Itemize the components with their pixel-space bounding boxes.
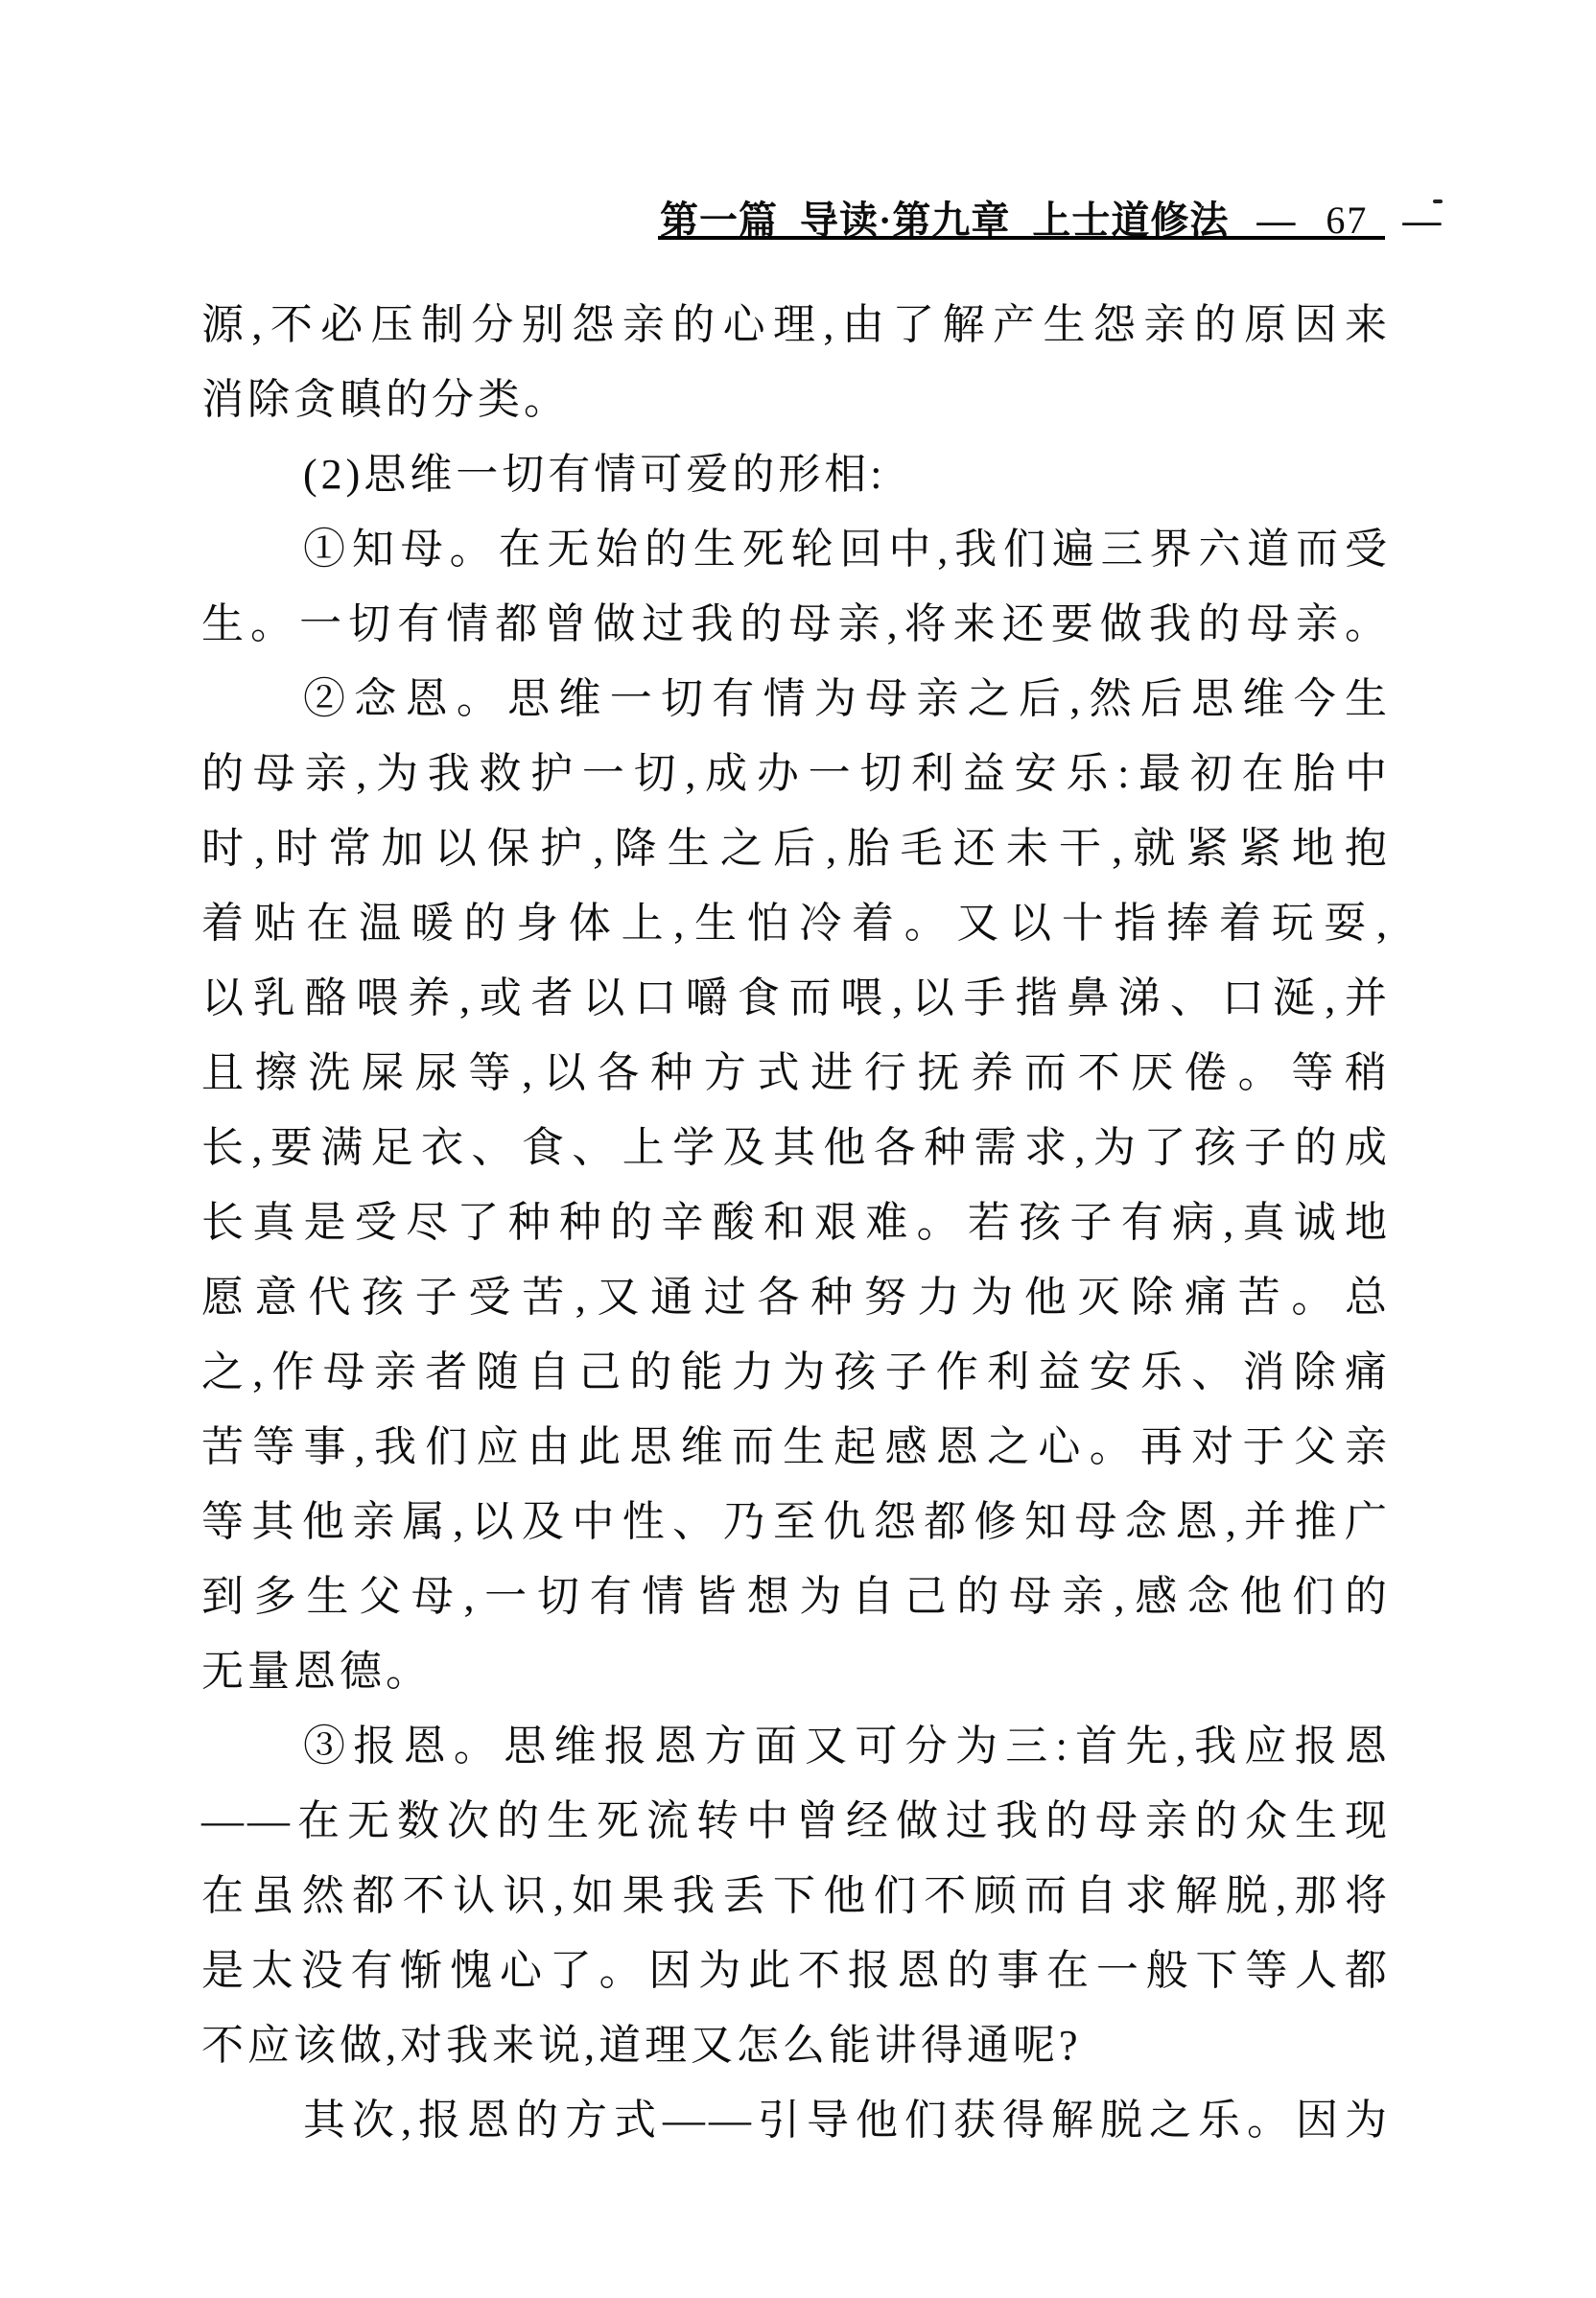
- text-line-18: 到多生父母,一切有情皆想为自己的母亲,感念他们的: [201, 1559, 1391, 1634]
- header-dash-right: —: [1402, 198, 1442, 243]
- scan-speck: [1433, 199, 1443, 203]
- text-line-7: 的母亲,为我救护一切,成办一切利益安乐:最初在胎中: [201, 737, 1391, 811]
- text-line-22: 在虽然都不认识,如果我丢下他们不顾而自求解脱,那将: [201, 1859, 1391, 1934]
- text-line-14: 愿意代孩子受苦,又通过各种努力为他灭除痛苦。总: [201, 1260, 1391, 1335]
- text-line-17: 等其他亲属,以及中性、乃至仇怨都修知母念恩,并推广: [201, 1485, 1391, 1559]
- text-line-24: 不应该做,对我来说,道理又怎么能讲得通呢?: [201, 2008, 1391, 2083]
- text-line-8: 时,时常加以保护,降生之后,胎毛还未干,就紧紧地抱: [201, 811, 1391, 886]
- text-line-19: 无量恩德。: [201, 1634, 1391, 1709]
- text-line-6: ②念恩。思维一切有情为母亲之后,然后思维今生: [201, 662, 1391, 737]
- body-text: 源,不必压制分别怨亲的心理,由了解产生怨亲的原因来消除贪瞋的分类。(2)思维一切…: [201, 288, 1391, 2158]
- text-line-11: 且擦洗屎尿等,以各种方式进行抚养而不厌倦。等稍: [201, 1036, 1391, 1111]
- text-line-12: 长,要满足衣、食、上学及其他各种需求,为了孩子的成: [201, 1111, 1391, 1185]
- text-line-15: 之,作母亲者随自己的能力为孩子作利益安乐、消除痛: [201, 1335, 1391, 1410]
- text-line-13: 长真是受尽了种种的辛酸和艰难。若孩子有病,真诚地: [201, 1185, 1391, 1260]
- text-line-4: ①知母。在无始的生死轮回中,我们遍三界六道而受: [201, 512, 1391, 587]
- text-line-9: 着贴在温暖的身体上,生怕冷着。又以十指捧着玩耍,: [201, 886, 1391, 961]
- text-line-25: 其次,报恩的方式——引导他们获得解脱之乐。因为: [201, 2083, 1391, 2158]
- text-line-16: 苦等事,我们应由此思维而生起感恩之心。再对于父亲: [201, 1410, 1391, 1485]
- text-line-2: 消除贪瞋的分类。: [201, 363, 1391, 437]
- text-line-3: (2)思维一切有情可爱的形相:: [201, 437, 1391, 512]
- text-line-5: 生。一切有情都曾做过我的母亲,将来还要做我的母亲。: [201, 587, 1391, 662]
- header-rule: [658, 236, 1385, 240]
- text-line-10: 以乳酪喂养,或者以口嚼食而喂,以手揩鼻涕、口涎,并: [201, 961, 1391, 1036]
- text-line-21: ——在无数次的生死流转中曾经做过我的母亲的众生现: [201, 1784, 1391, 1859]
- text-line-1: 源,不必压制分别怨亲的心理,由了解产生怨亲的原因来: [201, 288, 1391, 363]
- text-line-23: 是太没有惭愧心了。因为此不报恩的事在一般下等人都: [201, 1934, 1391, 2008]
- text-line-20: ③报恩。思维报恩方面又可分为三:首先,我应报恩: [201, 1709, 1391, 1784]
- book-page: 第一篇 导读·第九章 上士道修法 — 67 — 源,不必压制分别怨亲的心理,由了…: [0, 0, 1596, 2298]
